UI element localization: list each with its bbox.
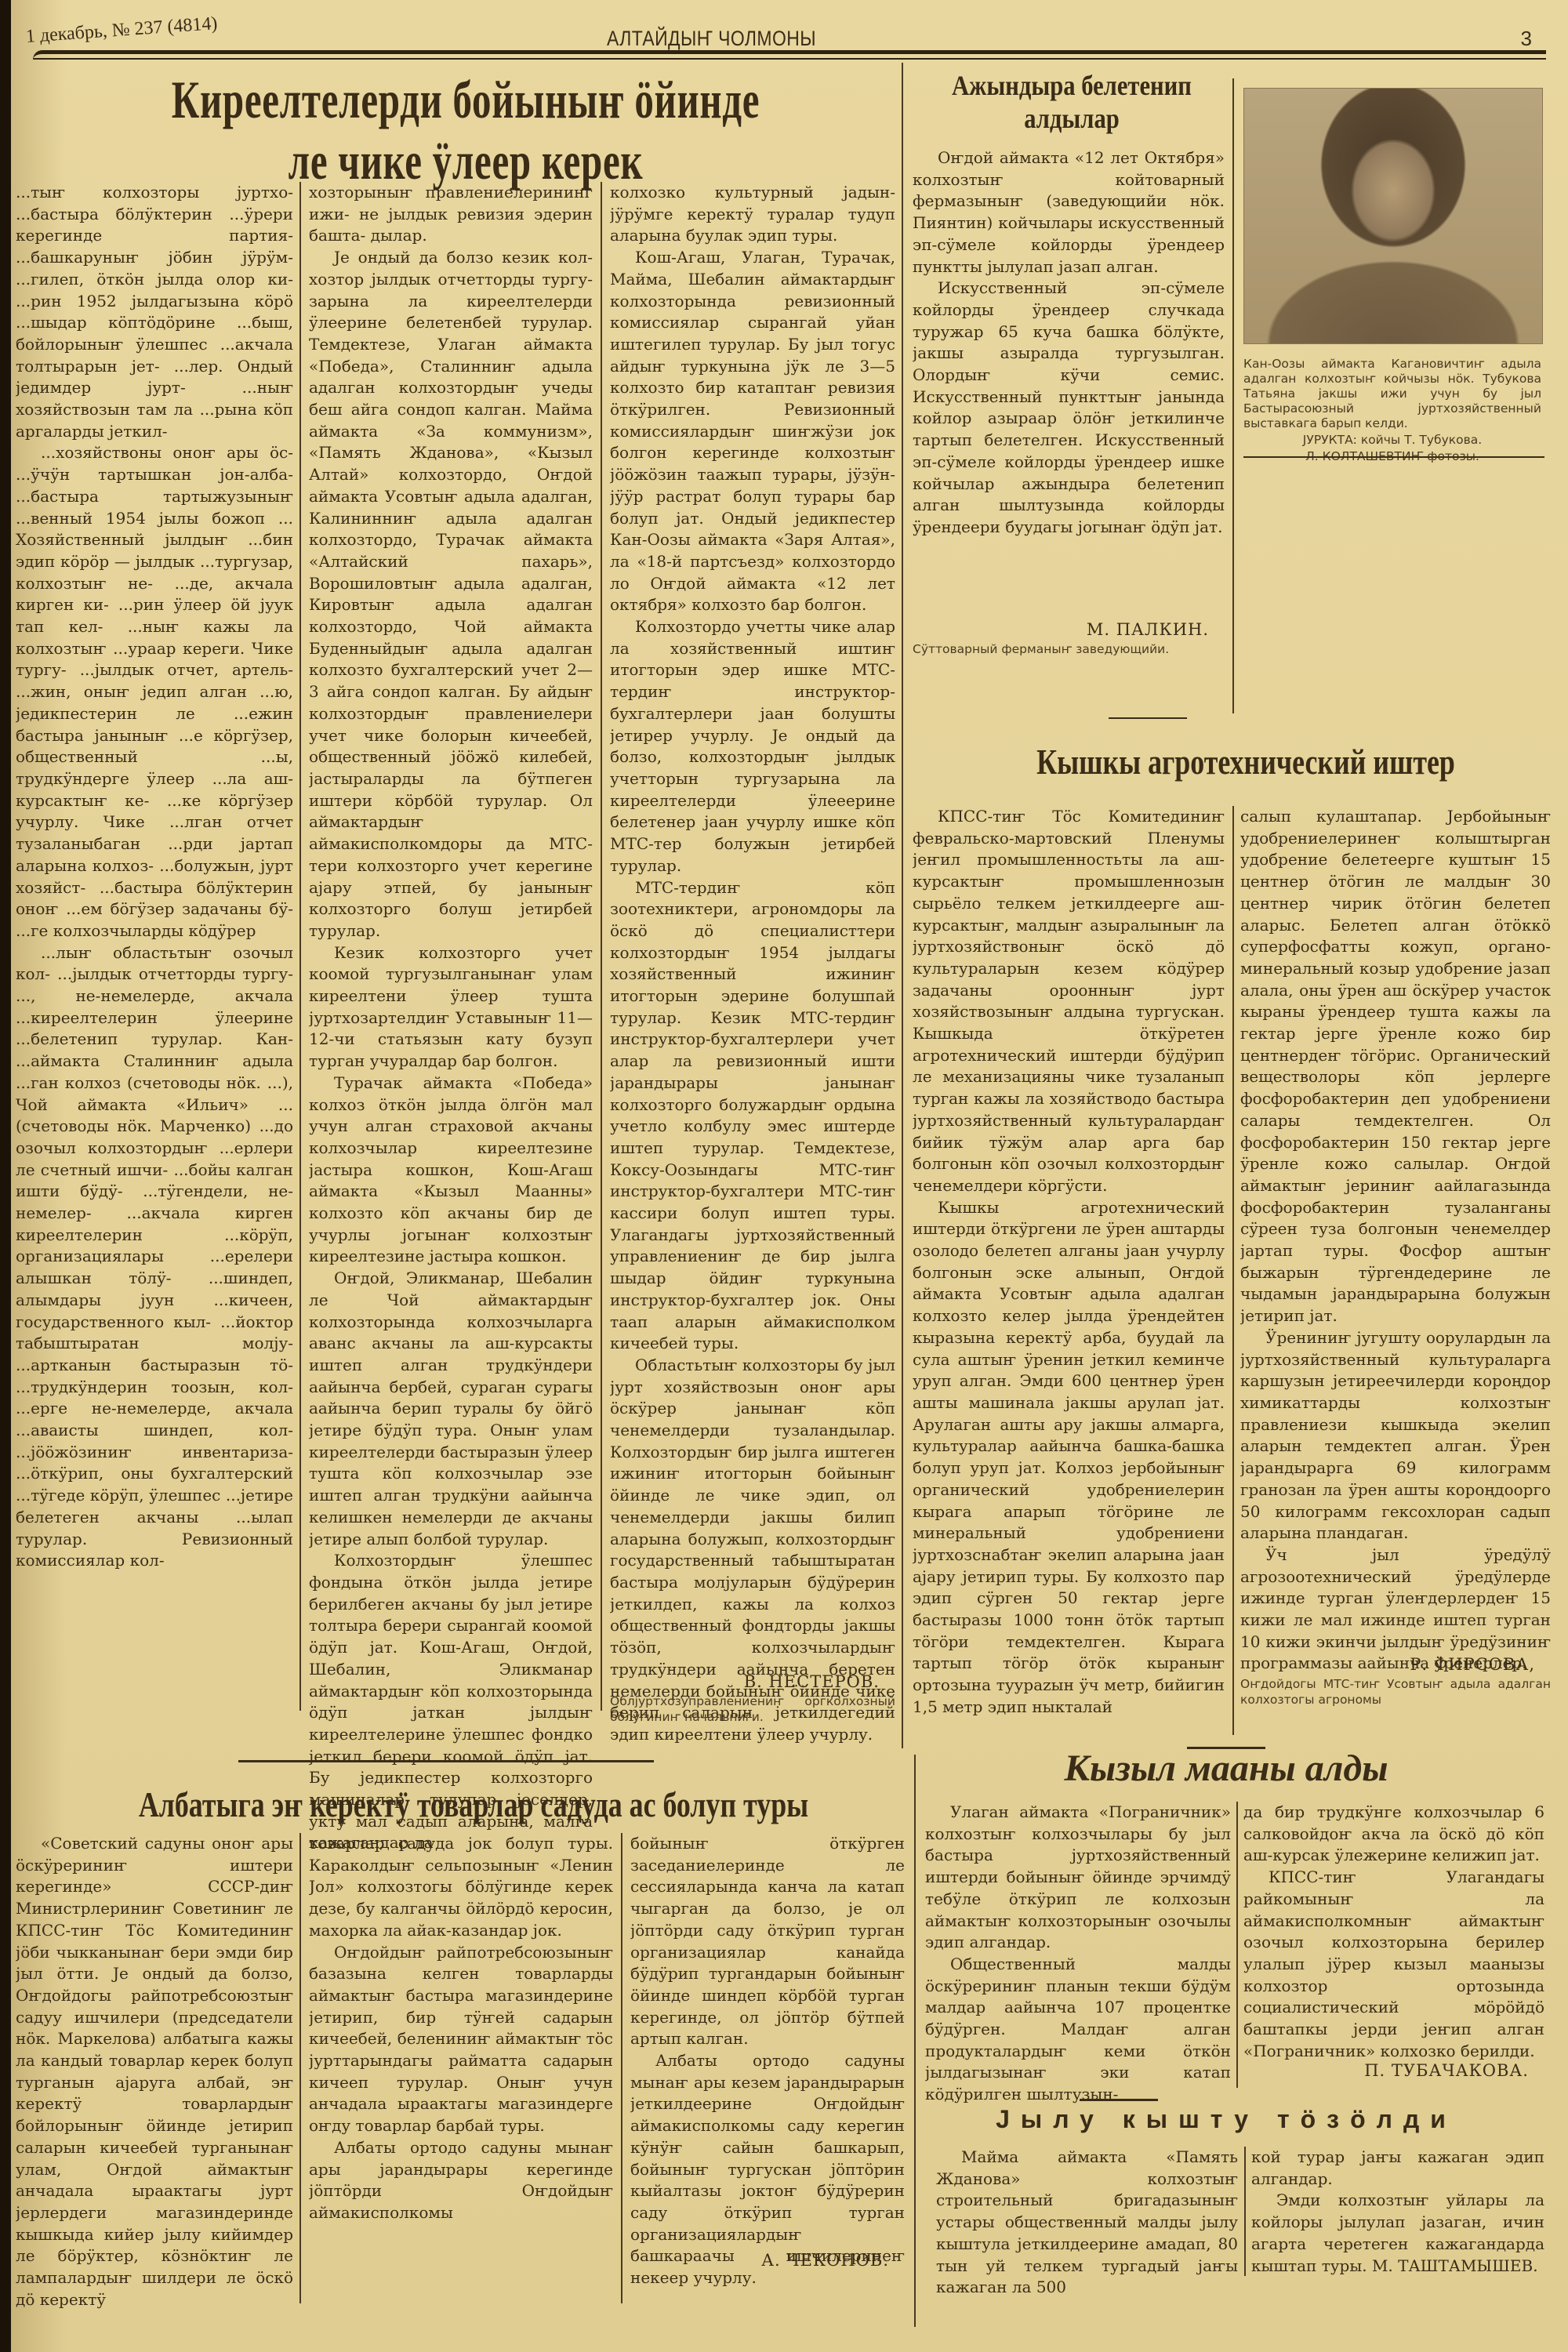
albaty-headline: Албатыга эҥ керектӱ товарлар садуда ас б… [131, 1784, 816, 1825]
side-signature-title: Сӱттоварный ферманыҥ заведующийи. [913, 641, 1225, 657]
paragraph: Улаган аймакта «Пограничник» колхозтыҥ к… [925, 1802, 1231, 1954]
agro-article-column-1: КПСС-тиҥ Тӧс Комитединиҥ февральско-март… [913, 806, 1225, 1719]
caption-rule [1243, 456, 1544, 458]
jylu-article-column-1: Майма аймакта «Память Жданова» колхозтыҥ… [936, 2147, 1238, 2299]
kyzyl-headline: Кызыл мааны алды [936, 1747, 1516, 1790]
paragraph: ...хозяйствоны оноҥ ары ӧс- ...ӱчӱн тарт… [16, 442, 293, 942]
paragraph: Ӱрениниҥ југушту оорулардын ла јуртхозяй… [1240, 1327, 1551, 1544]
side-signature: М. ПАЛКИН. [913, 619, 1225, 641]
agro-signature-block: Р. ФИРСОВА, Оҥдойдогы МТС-тиҥ Усовтыҥ ад… [1240, 1654, 1551, 1708]
paragraph: Оҥдой аймакта «12 лет Октября» колхозтыҥ… [913, 147, 1225, 278]
paragraph: Кезик колхозторго учет коомой тургузылга… [309, 942, 593, 1073]
paragraph: Албаты ортодо садуны мынаҥ ары јарандыра… [309, 2137, 613, 2224]
paragraph: Искусственный эп-сӱмеле койлорды ӱрендее… [913, 278, 1225, 538]
column-divider [601, 182, 602, 1711]
column-divider [299, 1833, 301, 2303]
newspaper-page: 1 декабрь, № 237 (4814) АЛТАЙДЫҤ ЧОЛМОНЫ… [11, 0, 1568, 2352]
column-divider [299, 182, 301, 1711]
paragraph: Кышкы агротехнический иштерди ӧткӱргени … [913, 1197, 1225, 1719]
agro-article-column-2: салып кулаштапар. Јербойыныҥ удобрениеле… [1240, 806, 1551, 1675]
paragraph: Турачак аймакта «Победа» колхоз ӧткӧн јы… [309, 1073, 593, 1268]
column-divider [621, 1833, 622, 2303]
portrait-photo [1243, 88, 1543, 344]
main-signature-block: В. НЕСТЕРОВ. Облјуртхозуправлениениҥ орг… [610, 1671, 895, 1725]
section-separator [1080, 2099, 1158, 2101]
photo-caption-subject: ЈУРУКТА: койчы Т. Тубукова. [1243, 433, 1541, 448]
paragraph: МТС-тердиҥ кӧп зоотехниктери, агрономдор… [610, 877, 895, 1355]
section-separator [238, 1760, 654, 1762]
main-article-column-1: ...тыҥ колхозторы јуртхо- ...бастыра бӧл… [16, 182, 293, 1572]
albaty-article-column-3: бойыныҥ ӧткӱрген заседаниелеринде ле сес… [630, 1833, 905, 2289]
column-divider [902, 63, 903, 1748]
kyzyl-signature-block: П. ТУБАЧАКОВА. [1243, 2060, 1544, 2082]
main-article-column-3: колхозко культурный јадын-јӱрӱмге керект… [610, 182, 895, 1746]
paragraph: Майма аймакта «Память Жданова» колхозтыҥ… [936, 2147, 1238, 2299]
agro-signature: Р. ФИРСОВА, [1240, 1654, 1551, 1676]
masthead: 1 декабрь, № 237 (4814) АЛТАЙДЫҤ ЧОЛМОНЫ… [27, 24, 1532, 52]
main-headline: Киреелтелерди бойыныҥ ӧйинде ле чике ӱле… [155, 69, 776, 191]
column-divider [1232, 78, 1234, 713]
jylu-article-column-2: кой турар јаҥы кажаган эдип алгандар.Эмд… [1251, 2147, 1544, 2277]
main-signature: В. НЕСТЕРОВ. [610, 1671, 895, 1693]
paragraph: Оҥдойдыҥ райпотребсоюзыныҥ базазына келг… [309, 1942, 613, 2137]
paragraph: салып кулаштапар. Јербойыныҥ удобрениеле… [1240, 806, 1551, 1327]
albaty-signature: А. ЧЕКОНОВ. [630, 2250, 905, 2272]
paragraph: Кош-Агаш, Улаган, Турачак, Майма, Шебали… [610, 247, 895, 616]
albaty-signature-block: А. ЧЕКОНОВ. [630, 2250, 905, 2272]
paragraph: колхозко культурный јадын-јӱрӱмге керект… [610, 182, 895, 247]
section-separator [1109, 717, 1187, 719]
kyzyl-article-column-2: да бир трудкӱнге колхозчылар 6 салковойд… [1243, 1802, 1544, 2062]
paragraph: Общественный малды ӧскӱрериниҥ планын те… [925, 1954, 1231, 2106]
paragraph: КПСС-тиҥ Тӧс Комитединиҥ февральско-март… [913, 806, 1225, 1197]
column-divider [1236, 1802, 1238, 2088]
kyzyl-article-column-1: Улаган аймакта «Пограничник» колхозтыҥ к… [925, 1802, 1231, 2106]
side-headline: Ажындыра белетенип алдылар [935, 69, 1209, 135]
paragraph: ...лыҥ областьтыҥ озочыл кол- ...јылдык … [16, 942, 293, 1572]
side-signature-block: М. ПАЛКИН. Сӱттоварный ферманыҥ заведующ… [913, 619, 1225, 657]
paragraph: КПСС-тиҥ Улагандагы райкомыныҥ ла аймаки… [1243, 1867, 1544, 2062]
paragraph: хозторыныҥ правлениелерининг ижи- не јыл… [309, 182, 593, 247]
column-divider [914, 1755, 916, 2327]
paragraph: бойыныҥ ӧткӱрген заседаниелеринде ле сес… [630, 1833, 905, 2050]
paragraph: кой турар јаҥы кажаган эдип алгандар. [1251, 2147, 1544, 2190]
main-signature-title: Облјуртхозуправлениениҥ оргколхозный бӧл… [610, 1693, 895, 1725]
newspaper-name: АЛТАЙДЫҤ ЧОЛМОНЫ [607, 27, 816, 51]
masthead-rule [33, 50, 1546, 60]
main-article-column-2: хозторыныҥ правлениелерининг ижи- не јыл… [309, 182, 593, 1854]
photo-caption: Кан-Оозы аймакта Кагановичтиҥ адыла адал… [1243, 357, 1541, 464]
paragraph: Је ондый да болзо кезик кол- хозтор јылд… [309, 247, 593, 942]
agro-headline: Кышкы агротехнический иштер [1011, 741, 1482, 782]
paragraph: товарлар садуда јок болуп туры. Караколд… [309, 1833, 613, 1942]
kyzyl-signature: П. ТУБАЧАКОВА. [1243, 2060, 1544, 2082]
issue-date: 1 декабрь, № 237 (4814) [25, 13, 218, 48]
side-article-body: Оҥдой аймакта «12 лет Октября» колхозтыҥ… [913, 147, 1225, 539]
agro-signature-title: Оҥдойдогы МТС-тиҥ Усовтыҥ адыла адалган … [1240, 1676, 1551, 1708]
paragraph: Эмди колхозтыҥ уйлары ла койлоры јылулап… [1251, 2190, 1544, 2277]
paragraph: да бир трудкӱнге колхозчылар 6 салковойд… [1243, 1802, 1544, 1867]
page-number: 3 [1521, 27, 1532, 51]
jylu-headline: Јылу кышту тӧзӧлди [936, 2105, 1516, 2134]
photo-caption-text: Кан-Оозы аймакта Кагановичтиҥ адыла адал… [1243, 357, 1541, 431]
albaty-article-column-2: товарлар садуда јок болуп туры. Караколд… [309, 1833, 613, 2224]
paragraph: Оҥдой, Эликманар, Шебалин ле Чой аймакта… [309, 1268, 593, 1550]
albaty-article-column-1: «Советский садуны оноҥ ары ӧскӱрериниҥ и… [16, 1833, 293, 2310]
column-divider [1232, 806, 1234, 1735]
paragraph: ...тыҥ колхозторы јуртхо- ...бастыра бӧл… [16, 182, 293, 442]
paragraph: Колхозтордо учетты чике алар ла хозяйств… [610, 616, 895, 877]
column-divider [1244, 2147, 1246, 2276]
paragraph: «Советский садуны оноҥ ары ӧскӱрериниҥ и… [16, 1833, 293, 2310]
